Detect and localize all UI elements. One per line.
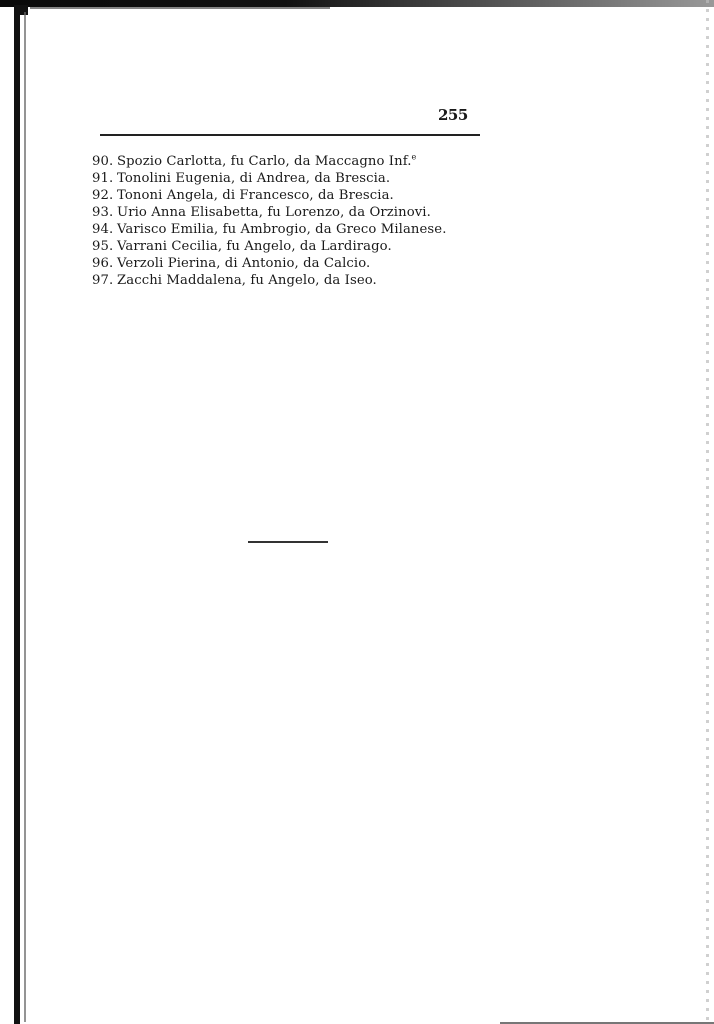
entry-text: Verzoli Pierina, di Antonio, da Calcio. [117, 256, 370, 271]
entry-number: 90. [92, 153, 117, 170]
entry-number: 93. [92, 204, 117, 221]
entry-number: 92. [92, 187, 117, 204]
scan-top-edge-shadow [30, 7, 330, 9]
entry-number: 91. [92, 170, 117, 187]
entry-text: Spozio Carlotta, fu Carlo, da Maccagno I… [117, 154, 412, 169]
entry-number: 96. [92, 255, 117, 272]
entry-superscript: e [412, 153, 417, 162]
entry-text: Varrani Cecilia, fu Angelo, da Lardirago… [117, 239, 392, 254]
entry-number: 94. [92, 221, 117, 238]
name-list: 90.Spozio Carlotta, fu Carlo, da Maccagn… [92, 153, 447, 289]
scan-right-edge [706, 0, 709, 1024]
entry-text: Zacchi Maddalena, fu Angelo, da Iseo. [117, 273, 377, 288]
list-item: 91.Tonolini Eugenia, di Andrea, da Bresc… [92, 170, 447, 187]
entry-text: Tonolini Eugenia, di Andrea, da Brescia. [117, 171, 390, 186]
page-number: 255 [438, 106, 468, 124]
list-item: 94.Varisco Emilia, fu Ambrogio, da Greco… [92, 221, 447, 238]
list-item: 96.Verzoli Pierina, di Antonio, da Calci… [92, 255, 447, 272]
entry-text: Varisco Emilia, fu Ambrogio, da Greco Mi… [117, 222, 447, 237]
section-end-rule [248, 541, 328, 543]
list-item: 93.Urio Anna Elisabetta, fu Lorenzo, da … [92, 204, 447, 221]
list-item: 90.Spozio Carlotta, fu Carlo, da Maccagn… [92, 153, 447, 170]
entry-text: Tononi Angela, di Francesco, da Brescia. [117, 188, 394, 203]
list-item: 97.Zacchi Maddalena, fu Angelo, da Iseo. [92, 272, 447, 289]
header-rule [100, 134, 480, 136]
book-binding-edge [14, 5, 20, 1024]
list-item: 92.Tononi Angela, di Francesco, da Bresc… [92, 187, 447, 204]
entry-text: Urio Anna Elisabetta, fu Lorenzo, da Orz… [117, 205, 431, 220]
book-binding-inner-line [24, 12, 26, 1022]
entry-number: 97. [92, 272, 117, 289]
list-item: 95.Varrani Cecilia, fu Angelo, da Lardir… [92, 238, 447, 255]
scan-top-edge [0, 0, 714, 7]
entry-number: 95. [92, 238, 117, 255]
